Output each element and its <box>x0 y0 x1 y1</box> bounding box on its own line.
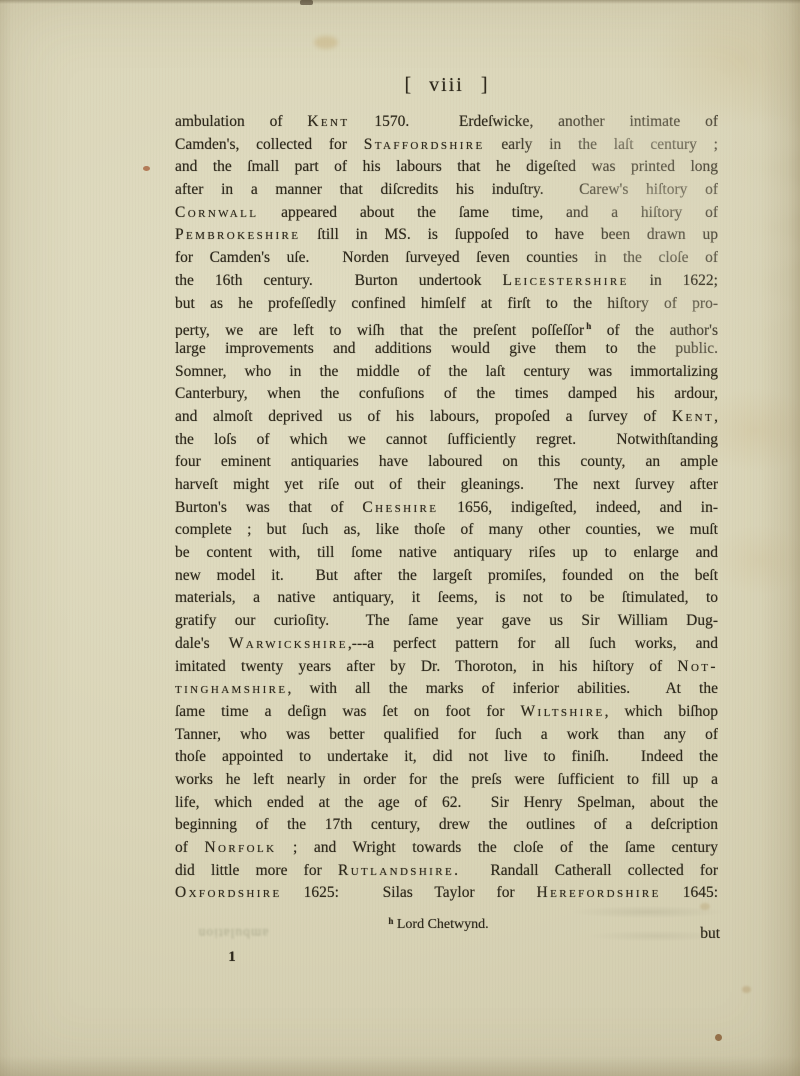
county-name: Not- <box>677 658 718 675</box>
stain <box>742 986 751 993</box>
text-run: beginning of the 17th century, drew the … <box>175 816 718 833</box>
bracket-open: [ <box>404 74 412 96</box>
text-line: Oxfordshire 1625: Silas Taylor for Heref… <box>175 882 718 905</box>
catchword: but <box>175 925 720 943</box>
page-number: viii <box>429 74 464 96</box>
text-line: Tanner, who was better qualified for ſuc… <box>175 724 718 747</box>
text-line: thoſe appointed to undertake it, did not… <box>175 746 718 769</box>
text-line: Cornwall appeared about the ſame time, a… <box>175 202 718 225</box>
stain <box>143 166 150 171</box>
text-run: complete ; but ſuch as, like thoſe of ma… <box>175 521 718 538</box>
text-line: life, which ended at the age of 62. Sir … <box>175 792 718 815</box>
text-run: but as he profeſſedly confined himſelf a… <box>175 295 718 312</box>
text-line: and the ſmall part of his labours that h… <box>175 156 718 179</box>
text-line: new model it. But after the largeſt prom… <box>175 565 718 588</box>
text-line: beginning of the 17th century, drew the … <box>175 814 718 837</box>
text-line: perty, we are left to wiſh that the preſ… <box>175 315 718 338</box>
county-name: Warwickshire <box>229 635 348 652</box>
county-name: Cheshire <box>362 499 438 516</box>
text-run: thoſe appointed to undertake it, did not… <box>175 748 718 765</box>
text-run: Tanner, who was better qualified for ſuc… <box>175 726 718 743</box>
text-run: . Randall Catherall collected for <box>454 862 718 879</box>
text-run: Canterbury, when the confuſions of the t… <box>175 385 718 402</box>
text-run: after in a manner that diſcredits his in… <box>175 181 718 198</box>
text-line: imitated twenty years after by Dr. Thoro… <box>175 656 718 679</box>
text-line: Somner, who in the middle of the laſt ce… <box>175 361 718 384</box>
text-line: Canterbury, when the confuſions of the t… <box>175 383 718 406</box>
county-name: Pembrokeshire <box>175 226 300 243</box>
text-run: did little more for <box>175 862 338 879</box>
county-name: Norfolk <box>204 839 276 856</box>
text-run: imitated twenty years after by Dr. Thoro… <box>175 658 677 675</box>
text-line: and almoſt deprived us of his labours, p… <box>175 406 718 429</box>
county-name: Wiltshire <box>521 703 605 720</box>
text-line: harveſt might yet riſe out of their glea… <box>175 474 718 497</box>
text-run: ſame time a deſign was ſet on foot for <box>175 703 521 720</box>
text-line: materials, a native antiquary, it ſeems,… <box>175 587 718 610</box>
county-name: Kent <box>307 113 349 130</box>
text-run: dale's <box>175 635 229 652</box>
text-run: 1656, indigeſted, indeed, and in- <box>438 499 718 516</box>
text-run: be content with, till ſome native antiqu… <box>175 544 718 561</box>
text-run: new model it. But after the largeſt prom… <box>175 567 718 584</box>
text-run: Camden's, collected for <box>175 136 364 153</box>
body-text: ambulation of Kent 1570. Erdeſwicke, ano… <box>175 111 718 905</box>
text-run: early in the laſt century ; <box>485 136 718 153</box>
text-run: four eminent antiquaries have laboured o… <box>175 453 718 470</box>
text-run: ambulation of <box>175 113 307 130</box>
stain <box>314 36 338 49</box>
text-line: four eminent antiquaries have laboured o… <box>175 451 718 474</box>
text-line: be content with, till ſome native antiqu… <box>175 542 718 565</box>
text-run: the loſs of which we cannot ſufficiently… <box>175 431 718 448</box>
text-run: ,---a perfect pattern for all ſuch works… <box>348 635 718 652</box>
text-run: perty, we are left to wiſh that the preſ… <box>175 322 584 338</box>
text-run: harveſt might yet riſe out of their glea… <box>175 476 718 493</box>
stain <box>715 1034 722 1041</box>
text-run: 1645: <box>661 884 718 901</box>
text-line: the 16th century. Burton undertook Leice… <box>175 270 718 293</box>
text-line: of Norfolk ; and Wright towards the cloſ… <box>175 837 718 860</box>
text-run: 1570. Erdeſwicke, another intimate of <box>350 113 719 130</box>
county-name: Herefordshire <box>537 884 661 901</box>
county-name: Cornwall <box>175 204 258 221</box>
text-run: Burton's was that of <box>175 499 362 516</box>
county-name: Staffordshire <box>364 136 485 153</box>
county-name: Oxfordshire <box>175 884 282 901</box>
text-line: complete ; but ſuch as, like thoſe of ma… <box>175 519 718 542</box>
text-line: did little more for Rutlandshire. Randal… <box>175 860 718 883</box>
book-page: [viii] ambulation of Kent 1570. Erdeſwic… <box>0 0 800 1076</box>
text-run: for Camden's uſe. Norden ſurveyed ſeven … <box>175 249 718 266</box>
text-line: large improvements and additions would g… <box>175 338 718 361</box>
text-line: but as he profeſſedly confined himſelf a… <box>175 293 718 316</box>
text-line: Burton's was that of Cheshire 1656, indi… <box>175 497 718 520</box>
text-line: tinghamshire, with all the marks of infe… <box>175 678 718 701</box>
text-run: gratify our curioſity. The ſame year gav… <box>175 612 718 629</box>
text-run: life, which ended at the age of 62. Sir … <box>175 794 718 811</box>
stain <box>300 0 313 5</box>
text-line: for Camden's uſe. Norden ſurveyed ſeven … <box>175 247 718 270</box>
text-line: gratify our curioſity. The ſame year gav… <box>175 610 718 633</box>
county-name: tinghamshire <box>175 680 288 697</box>
text-line: Pembrokeshire ſtill in MS. is ſuppoſed t… <box>175 224 718 247</box>
text-run: 1625: Silas Taylor for <box>282 884 537 901</box>
text-run: , which biſhop <box>605 703 718 720</box>
text-run: in 1622; <box>629 272 718 289</box>
page-number-header: [viii] <box>175 74 718 97</box>
county-name: Leicestershire <box>503 272 629 289</box>
text-run: of the author's <box>591 322 718 338</box>
text-run: ſtill in MS. is ſuppoſed to have been dr… <box>300 226 718 243</box>
text-run: ; and Wright towards the cloſe of the ſa… <box>276 839 718 856</box>
text-line: ſame time a deſign was ſet on foot for W… <box>175 701 718 724</box>
county-name: Rutlandshire <box>338 862 454 879</box>
text-line: ambulation of Kent 1570. Erdeſwicke, ano… <box>175 111 718 134</box>
text-line: dale's Warwickshire,---a perfect pattern… <box>175 633 718 656</box>
text-run: materials, a native antiquary, it ſeems,… <box>175 589 718 606</box>
text-run: Somner, who in the middle of the laſt ce… <box>175 363 718 380</box>
text-run: , with all the marks of inferior abiliti… <box>288 680 718 697</box>
text-run: , <box>714 408 718 425</box>
text-line: the loſs of which we cannot ſufficiently… <box>175 429 718 452</box>
text-run: large improvements and additions would g… <box>175 340 718 357</box>
text-run: and almoſt deprived us of his labours, p… <box>175 408 672 425</box>
county-name: Kent <box>672 408 714 425</box>
text-run: appeared about the ſame time, and a hiſt… <box>258 204 718 221</box>
text-run: and the ſmall part of his labours that h… <box>175 158 718 175</box>
text-run: of <box>175 839 204 856</box>
signature-mark: 1 <box>222 949 242 966</box>
text-run: works he left nearly in order for the pr… <box>175 771 718 788</box>
text-run: the 16th century. Burton undertook <box>175 272 503 289</box>
bracket-close: ] <box>481 74 489 96</box>
text-line: after in a manner that diſcredits his in… <box>175 179 718 202</box>
text-line: works he left nearly in order for the pr… <box>175 769 718 792</box>
text-line: Camden's, collected for Staffordshire ea… <box>175 134 718 157</box>
